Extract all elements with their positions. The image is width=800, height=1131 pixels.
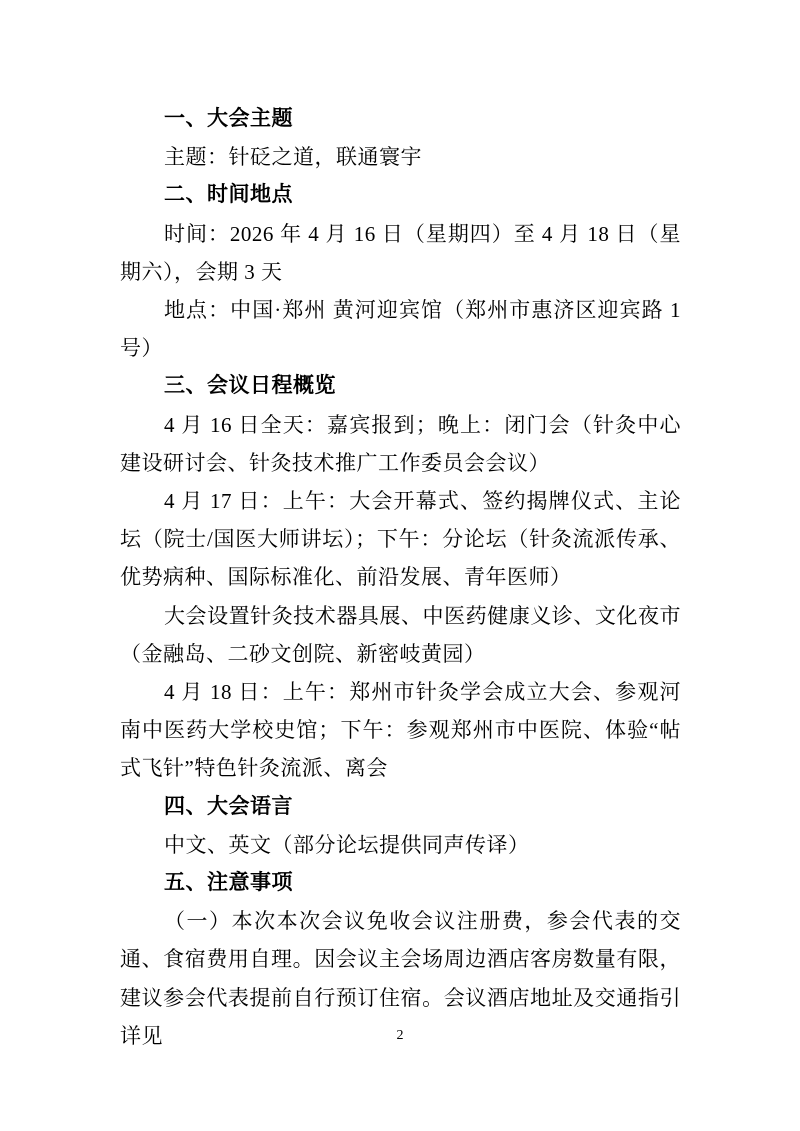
section-heading: 三、会议日程概览 [120,367,681,405]
paragraph: 时间：2026 年 4 月 16 日（星期四）至 4 月 18 日（星期六），会… [120,215,681,291]
paragraph: 中文、英文（部分论坛提供同声传译） [120,826,681,864]
page-number: 2 [0,1028,800,1044]
paragraph: 4 月 17 日：上午：大会开幕式、签约揭牌仪式、主论坛（院士/国医大师讲坛）；… [120,482,681,597]
paragraph: 4 月 18 日：上午：郑州市针灸学会成立大会、参观河南中医药大学校史馆；下午：… [120,673,681,788]
paragraph: 地点：中国·郑州 黄河迎宾馆（郑州市惠济区迎宾路 1 号） [120,291,681,367]
section-heading: 二、时间地点 [120,176,681,214]
paragraph: 大会设置针灸技术器具展、中医药健康义诊、文化夜市（金融岛、二砂文创院、新密岐黄园… [120,597,681,673]
section-heading: 一、大会主题 [120,100,681,138]
section-heading: 四、大会语言 [120,788,681,826]
section-heading: 五、注意事项 [120,864,681,902]
document-page: 一、大会主题主题：针砭之道，联通寰宇二、时间地点时间：2026 年 4 月 16… [0,0,800,1131]
paragraph: 主题：针砭之道，联通寰宇 [120,138,681,176]
document-body: 一、大会主题主题：针砭之道，联通寰宇二、时间地点时间：2026 年 4 月 16… [120,100,681,1055]
paragraph: 4 月 16 日全天：嘉宾报到；晚上：闭门会（针灸中心建设研讨会、针灸技术推广工… [120,406,681,482]
